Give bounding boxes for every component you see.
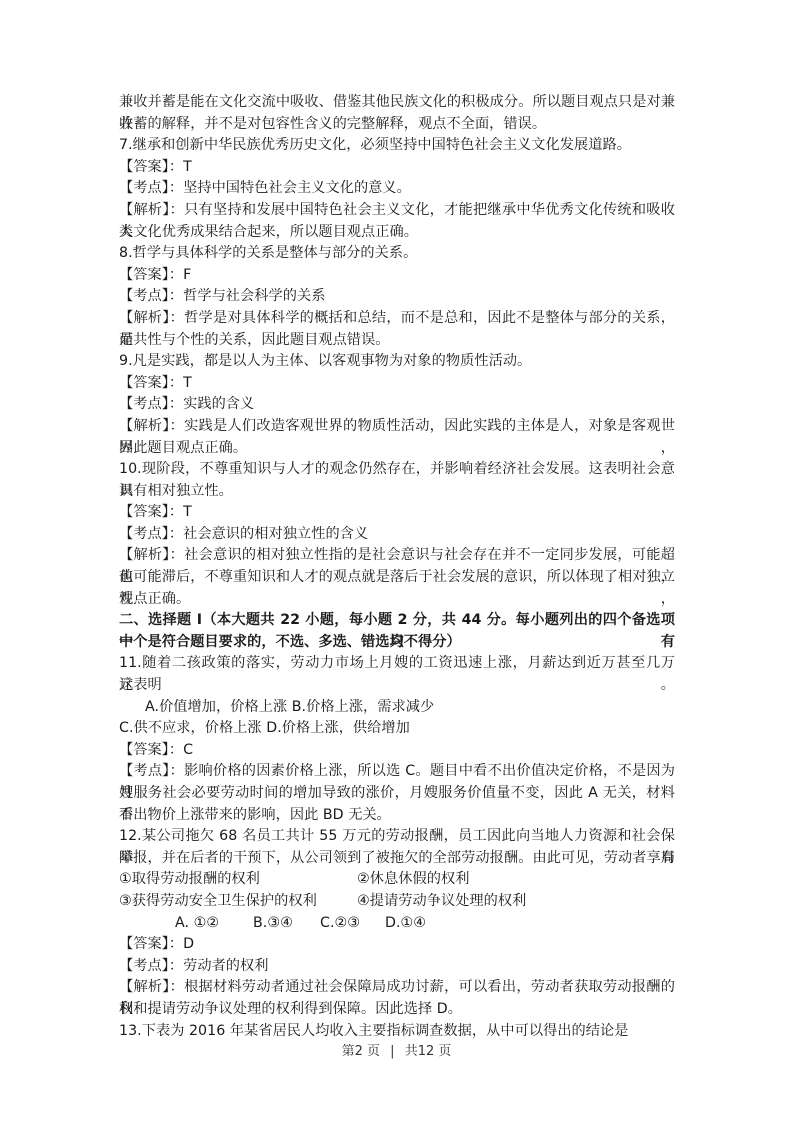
q7-analysis: 【解析】：只有坚持和发展中国特色社会主义文化，才能把继承中华优秀文化传统和吸收人	[119, 200, 675, 222]
q8-analysis-cont: 是共性与个性的关系，因此题目观点错误。	[119, 330, 675, 352]
q7-analysis-cont: 类文化优秀成果结合起来，所以题目观点正确。	[119, 222, 675, 244]
q12-item-2: ②休息休假的权利	[357, 869, 469, 891]
question-13: 13.下表为 2016 年某省居民人均收入主要指标调查数据，从中可以得出的结论是	[119, 1021, 675, 1043]
document-page: 兼收并蓄是能在文化交流中吸收、借鉴其他民族文化的积极成分。所以题目观点只是对兼收…	[0, 0, 793, 1122]
question-12: 12.某公司拖欠 68 名员工共计 55 万元的劳动报酬，员工因此向当地人力资源…	[119, 826, 675, 848]
q10-point: 【考点】：社会意识的相对独立性的含义	[119, 524, 675, 546]
q12-option-a: A. ①②	[175, 913, 219, 935]
q12-analysis-cont: 利和提请劳动争议处理的权利得到保障。因此选择 D。	[119, 999, 675, 1021]
q12-item-4: ④提请劳动争议处理的权利	[357, 891, 526, 913]
q11-point-cont: 嫂服务社会必要劳动时间的增加导致的涨价，月嫂服务价值量不变，因此 A 无关，材料…	[119, 783, 675, 805]
q11-options-ab: A.价值增加，价格上涨 B.价格上涨，需求减少	[119, 697, 675, 719]
q12-option-d: D.①④	[385, 913, 426, 935]
q12-option-c: C.②③	[320, 913, 360, 935]
q11-answer: 【答案】：C	[119, 740, 675, 762]
q11-point: 【考点】：影响价格的因素价格上涨，所以选 C。题目中看不出价值决定价格，不是因为…	[119, 761, 675, 783]
q12-items-row1: ①取得劳动报酬的权利 ②休息休假的权利	[119, 869, 675, 891]
text-line: 兼收并蓄是能在文化交流中吸收、借鉴其他民族文化的积极成分。所以题目观点只是对兼收	[119, 92, 675, 114]
q9-analysis: 【解析】：实践是人们改造客观世界的物质性活动，因此实践的主体是人，对象是客观世界…	[119, 416, 675, 438]
question-9: 9.凡是实践，都是以人为主体、以客观事物为对象的物质性活动。	[119, 351, 675, 373]
q9-answer: 【答案】：T	[119, 373, 675, 395]
q12-answer: 【答案】：D	[119, 934, 675, 956]
page-content: 兼收并蓄是能在文化交流中吸收、借鉴其他民族文化的积极成分。所以题目观点只是对兼收…	[119, 92, 675, 1042]
q7-point: 【考点】：坚持中国特色社会主义文化的意义。	[119, 178, 675, 200]
q8-answer: 【答案】：F	[119, 265, 675, 287]
q10-answer: 【答案】：T	[119, 502, 675, 524]
question-8: 8.哲学与具体科学的关系是整体与部分的关系。	[119, 243, 675, 265]
q12-point: 【考点】：劳动者的权利	[119, 956, 675, 978]
question-10-cont: 具有相对独立性。	[119, 481, 675, 503]
q8-point: 【考点】：哲学与社会科学的关系	[119, 286, 675, 308]
footer-separator: |	[390, 1044, 394, 1059]
question-12-cont: 举报，并在后者的干预下，从公司领到了被拖欠的全部劳动报酬。由此可见，劳动者享有	[119, 848, 675, 870]
q7-answer: 【答案】：T	[119, 157, 675, 179]
q12-option-b: B.③④	[253, 913, 293, 935]
q11-options-cd: C.供不应求，价格上涨 D.价格上涨，供给增加	[119, 718, 675, 740]
q10-analysis: 【解析】：社会意识的相对独立性指的是社会意识与社会存在并不一定同步发展，可能超前…	[119, 545, 675, 567]
q8-analysis: 【解析】：哲学是对具体科学的概括和总结，而不是总和，因此不是整体与部分的关系，而	[119, 308, 675, 330]
section-heading: 二、选择题 I（本大题共 22 小题，每小题 2 分，共 44 分。每小题列出的…	[119, 610, 675, 632]
q12-analysis: 【解析】：根据材料劳动者通过社会保障局成功讨薪，可以看出，劳动者获取劳动报酬的权	[119, 977, 675, 999]
page-total: 共12 页	[405, 1044, 452, 1059]
q12-item-3: ③获得劳动安全卫生保护的权利	[119, 893, 317, 909]
page-footer: 第2 页 | 共12 页	[0, 1040, 793, 1059]
q11-point-end: 不出物价上涨带来的影响，因此 BD 无关。	[119, 805, 675, 827]
question-10: 10.现阶段，不尊重知识与人才的观念仍然存在，并影响着经济社会发展。这表明社会意…	[119, 459, 675, 481]
q10-analysis-cont: 也可能滞后，不尊重知识和人才的观点就是落后于社会发展的意识，所以体现了相对独立性…	[119, 567, 675, 589]
q9-point: 【考点】：实践的含义	[119, 394, 675, 416]
page-number: 第2 页	[342, 1044, 380, 1059]
text-line: 并蓄的解释，并不是对包容性含义的完整解释，观点不全面，错误。	[119, 114, 675, 136]
q12-items-row2: ③获得劳动安全卫生保护的权利 ④提请劳动争议处理的权利	[119, 891, 675, 913]
q12-options: A. ①② B.③④ C.②③ D.①④	[119, 913, 675, 935]
question-7: 7.继承和创新中华民族优秀历史文化，必须坚持中国特色社会主义文化发展道路。	[119, 135, 675, 157]
question-11: 11.随着二孩政策的落实，劳动力市场上月嫂的工资迅速上涨，月薪达到近万甚至几万元…	[119, 653, 675, 675]
q12-item-1: ①取得劳动报酬的权利	[119, 871, 260, 887]
